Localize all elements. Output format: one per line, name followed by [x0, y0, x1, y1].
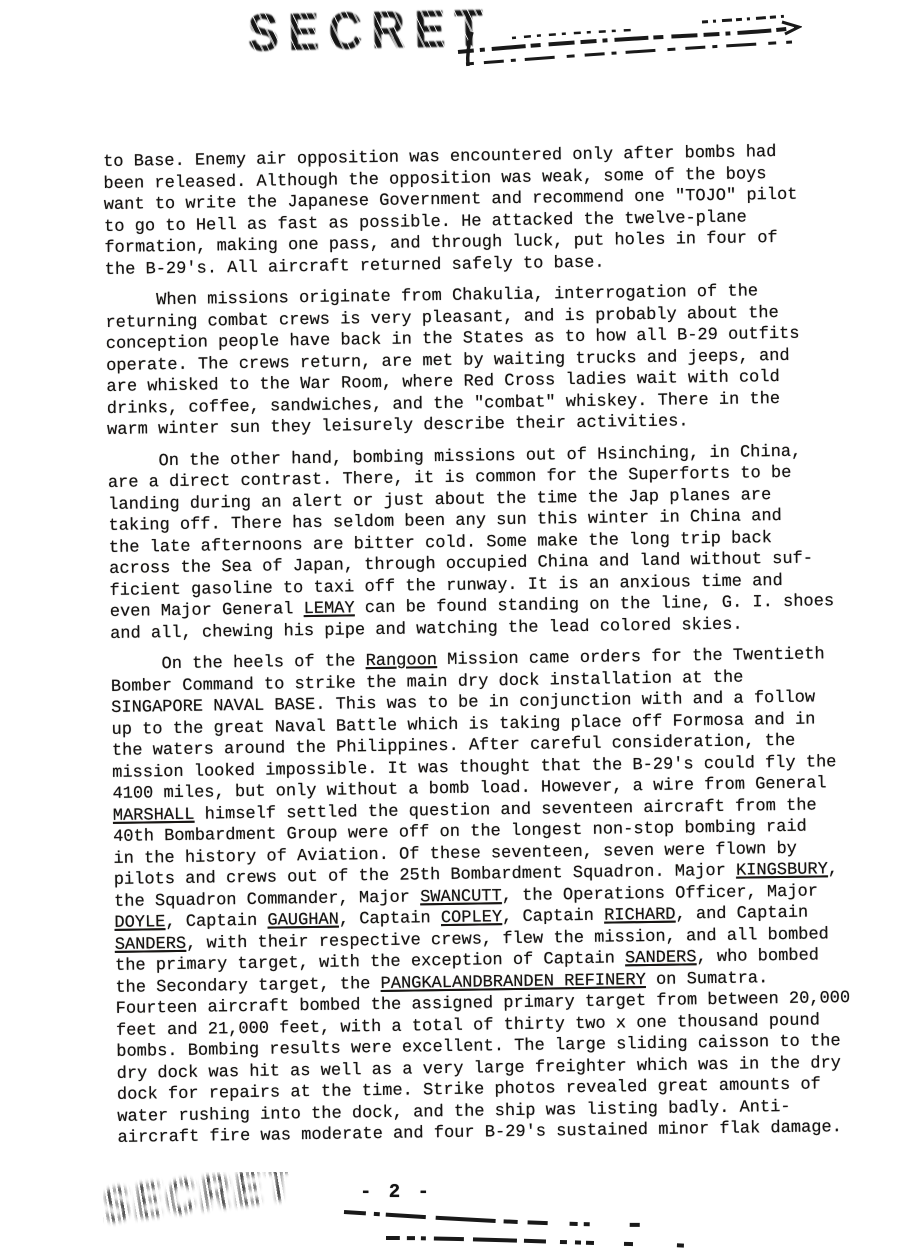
crossed-out-stamp-scribble — [452, 8, 802, 70]
paragraph: to Base. Enemy air opposition was encoun… — [103, 141, 865, 281]
paragraph: On the other hand, bombing missions out … — [107, 440, 870, 645]
crossed-out-bottom-scribble — [330, 1198, 720, 1249]
document-text: to Base. Enemy air opposition was encoun… — [103, 141, 878, 1160]
paragraph: On the heels of the Rangoon Mission came… — [110, 644, 877, 1150]
paragraph: When missions originate from Chakulia, i… — [105, 280, 867, 442]
smudged-secret-stamp: SECRET — [103, 1172, 293, 1240]
scanned-page: SECRET to Base. Enemy air opposition was… — [0, 0, 900, 1249]
